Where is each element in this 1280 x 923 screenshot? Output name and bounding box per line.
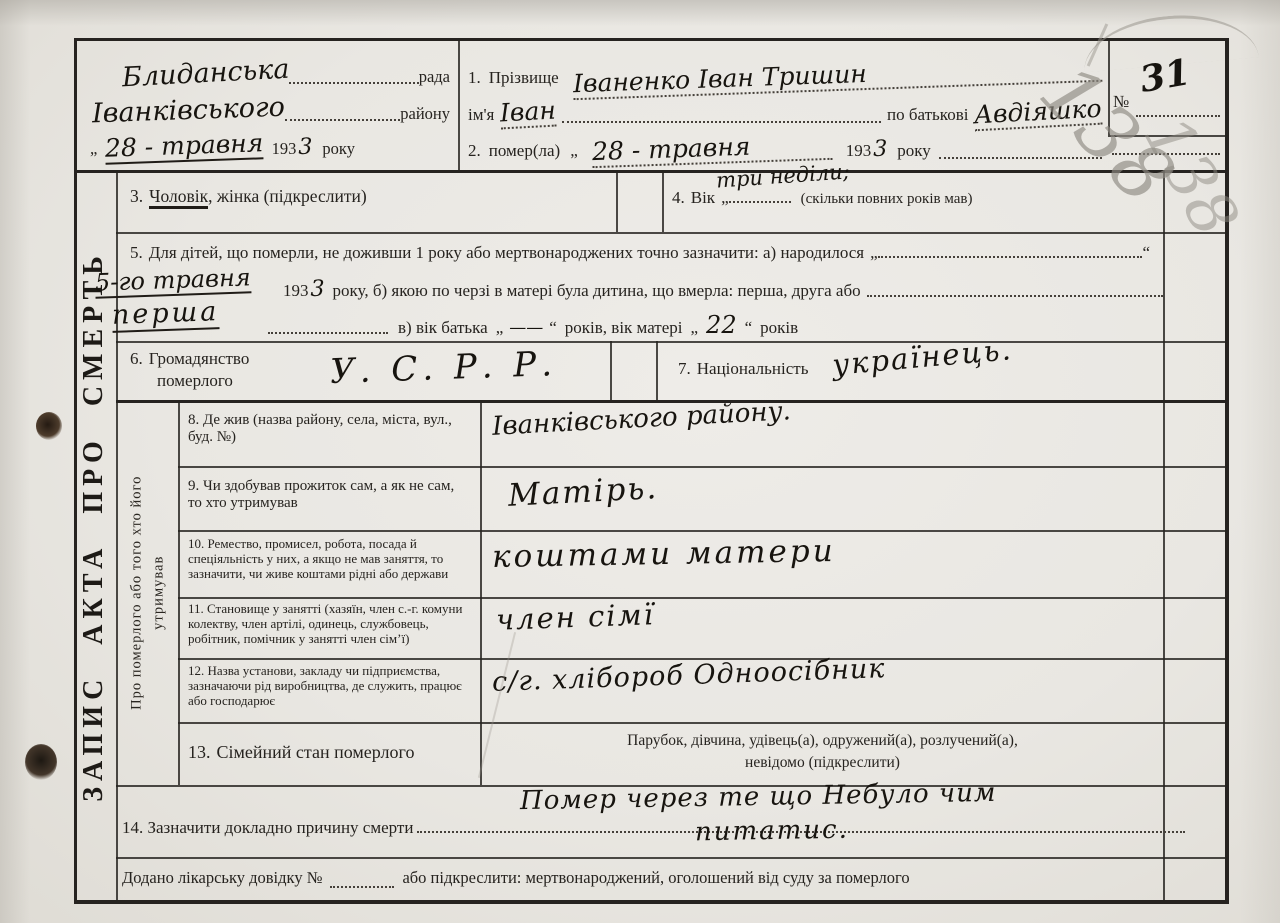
field5-order-dotted-line [867, 294, 1163, 297]
divider-row6-b [656, 341, 658, 400]
side-label-line1: Про померлого або того хто його [126, 475, 148, 709]
field6-label: 6.Громадянство [130, 349, 249, 369]
died-no: 2. [468, 141, 481, 161]
rule-row5-bottom [116, 341, 1228, 343]
field13-options-line2: невідомо (підкреслити) [490, 752, 1155, 774]
surname-line: 1. Прізвище Іваненко Іван Тришин [468, 60, 1102, 91]
field5-line2: 193 3 року, б) якою по черзі в матері бу… [283, 277, 1163, 302]
field11-no: 11. [188, 601, 204, 616]
field5-birthdate-handwritten: 5-го травня [95, 263, 252, 298]
name-value-handwritten: Іван [500, 96, 557, 130]
field9-label: 9. Чи здобував прожиток сам, а як не сам… [188, 478, 470, 513]
field9-label-text: Чи здобував прожиток сам, а як не сам, т… [188, 478, 454, 511]
field5-mother-age-handwritten: 22 [706, 311, 737, 339]
divider-header-middle [458, 38, 460, 170]
field5-line3c-text: років [760, 318, 798, 338]
field9-value-handwritten: Матірь. [507, 470, 659, 514]
field3-label: 3.Чоловік, жінка (підкреслити) [130, 186, 367, 207]
field5-born-close-quote: “ [1142, 243, 1150, 263]
field11-label-text: Становище у занятті (хазяїн, член с.-г. … [188, 601, 462, 646]
field5-born-open-quote: „ [870, 243, 878, 263]
field13-label: 13.Сімейний стан померлого [188, 742, 414, 763]
rule-row34-bottom [116, 232, 1228, 234]
died-year-printed: 193 [846, 141, 872, 161]
footer-part2: або підкреслити: мертвонароджений, оголо… [402, 868, 909, 888]
field10-value-handwritten: коштами матери [492, 533, 836, 575]
field5-mother-close-quote: “ [745, 318, 753, 338]
field5-line2-text: року, б) якою по черзі в матері була дит… [333, 281, 861, 301]
divider-question-answer [480, 400, 482, 785]
field3-male-option: Чоловік [149, 186, 208, 209]
field5-no: 5. [130, 243, 143, 263]
footer-part1: Додано лікарську довідку № [122, 868, 322, 888]
died-date-line: 2. помер(ла) „ 28 - травня 193 3 року [468, 133, 1102, 164]
death-record-form: ЗАПИС АКТА ПРО СМЕРТЬ Про померлого або … [0, 0, 1280, 923]
divider-right-column [1163, 170, 1165, 902]
divider-side-label [178, 400, 180, 785]
district-label: району [400, 104, 450, 124]
field12-label: 12. Назва установи, закладу чи підприємс… [188, 663, 470, 708]
field7-no: 7. [678, 359, 691, 378]
header-date-open-quote: „ [90, 139, 97, 159]
field5-year-handwritten: 3 [311, 277, 325, 302]
council-line: Блиданська рада [92, 58, 450, 89]
name-label: ім'я [468, 105, 494, 125]
surname-value-handwritten: Іваненко Іван Тришин [572, 51, 1102, 100]
header-date-line: „ 28 - травня 193 3 року [90, 131, 450, 162]
form-vertical-title-text: ЗАПИС АКТА ПРО СМЕРТЬ [78, 250, 110, 802]
district-value-handwritten: Іванківського [92, 92, 286, 130]
field6-label-line1: Громадянство [149, 349, 250, 368]
field14-line: 14. Зазначити докладно причину смерти [122, 818, 1185, 838]
footer-line: Додано лікарську довідку № або підкресли… [122, 868, 1207, 888]
field13-label-text: Сімейний стан померлого [217, 742, 415, 762]
border-top [74, 38, 1228, 41]
council-dotted-line [289, 81, 418, 84]
field13-no: 13. [188, 742, 211, 762]
pencil-curve-mark [1080, 8, 1259, 72]
deceased-group-side-label-text: Про померлого або того хто його утримува… [126, 475, 170, 709]
footer-dotted-line [330, 885, 394, 888]
field5-father-age-dash: —— [509, 318, 543, 338]
header-date-year-handwritten: 3 [298, 135, 312, 160]
header-date-value-handwritten: 28 - травня [105, 128, 264, 165]
form-vertical-title: ЗАПИС АКТА ПРО СМЕРТЬ [70, 258, 118, 793]
rule-header-bottom [74, 170, 1228, 173]
field4-dotted-line [729, 200, 791, 203]
field11-value-handwritten: член сімї [495, 597, 655, 637]
council-value-handwritten: Блиданська [121, 54, 290, 94]
name-patronymic-line: ім'я Іван по батькові Авдіяшко [468, 97, 1102, 128]
field7-label-text: Національність [697, 359, 809, 378]
field7-label: 7.Національність [678, 359, 808, 379]
council-label: рада [419, 67, 450, 87]
field10-label-text: Ремество, промисел, робота, посада й спе… [188, 536, 448, 581]
rule-row9-bottom [178, 530, 1228, 532]
ink-blot-lower [25, 744, 57, 780]
field5-born-dotted-line [878, 255, 1143, 258]
field5-mother-open-quote: „ [691, 318, 699, 338]
field3-no: 3. [130, 186, 143, 206]
field6-no: 6. [130, 349, 143, 368]
surname-label: Прізвище [489, 68, 559, 88]
field5-order-handwritten: перша [111, 296, 219, 333]
field5-line1: 5. Для дітей, що померли, не доживши 1 р… [130, 243, 1150, 263]
rule-row14-bottom [116, 857, 1228, 859]
died-open-quote: „ [570, 141, 578, 161]
divider-row3-b [662, 170, 664, 232]
field5-line3b-text: років, вік матері [565, 318, 683, 338]
field12-no: 12. [188, 663, 204, 678]
patronymic-label: по батькові [887, 105, 968, 125]
field14-value-line2-handwritten: питатис. [695, 815, 849, 848]
header-date-year-printed: 193 [272, 139, 297, 159]
name-dotted-line [562, 120, 881, 123]
side-label-line2: утримував [148, 475, 170, 709]
field5-year-printed: 193 [283, 281, 309, 301]
rule-row10-bottom [178, 597, 1228, 599]
field5-father-close-quote: “ [549, 318, 557, 338]
field8-label-text: Де жив (назва району, села, міста, вул.,… [188, 412, 452, 445]
rule-row8-bottom [178, 466, 1228, 468]
field5-line3: в) вік батька „ —— “ років, вік матері „… [268, 311, 968, 339]
field4-hint: (скільки повних років мав) [801, 191, 973, 208]
field9-no: 9. [188, 478, 199, 494]
field13-options-line1: Парубок, дівчина, удівець(а), одружений(… [490, 730, 1155, 752]
field5-line1-text: Для дітей, що померли, не доживши 1 року… [149, 243, 864, 263]
border-bottom [74, 900, 1228, 904]
rule-row12-bottom [178, 722, 1228, 724]
field5-father-open-quote: „ [496, 318, 504, 338]
field5-line3-leading-dots [268, 331, 388, 334]
field4-label: Вік [691, 188, 715, 208]
field14-value-line1-handwritten: Помер через те що Небуло чим [520, 778, 997, 816]
field11-label: 11. Становище у занятті (хазяїн, член с.… [188, 601, 470, 646]
field10-label: 10. Ремество, промисел, робота, посада й… [188, 536, 470, 581]
field4-no: 4. [672, 188, 685, 208]
divider-row3-a [616, 170, 618, 232]
divider-row6-a [610, 341, 612, 400]
field6-value-handwritten: У. С. Р. Р. [329, 344, 557, 392]
field6-label2: померлого [157, 371, 233, 391]
field4-line: 4. Вік „ (скільки повних років мав) [672, 188, 1142, 208]
header-date-label: року [322, 139, 355, 159]
field3-rest: , жінка (підкреслити) [208, 186, 367, 206]
died-year-handwritten: 3 [873, 137, 887, 162]
field8-no: 8. [188, 412, 199, 428]
field13-options: Парубок, дівчина, удівець(а), одружений(… [490, 730, 1155, 773]
field14-label-text: 14. Зазначити докладно причину смерти [122, 818, 413, 838]
field12-label-text: Назва установи, закладу чи підприємства,… [188, 663, 462, 708]
ink-blot-upper [36, 412, 62, 440]
field5-line3a-text: в) вік батька [398, 318, 488, 338]
died-year-label: року [897, 141, 931, 161]
deceased-group-side-label: Про померлого або того хто його утримува… [118, 400, 178, 785]
field7-value-handwritten: українець. [831, 332, 1014, 382]
died-label: помер(ла) [489, 141, 560, 161]
district-line: Іванківського району [92, 95, 450, 126]
field8-label: 8. Де жив (назва району, села, міста, ву… [188, 412, 470, 447]
field8-value-handwritten: Іванківського району. [491, 396, 791, 442]
surname-no: 1. [468, 68, 481, 88]
district-dotted-line [285, 118, 400, 121]
field10-no: 10. [188, 536, 204, 551]
